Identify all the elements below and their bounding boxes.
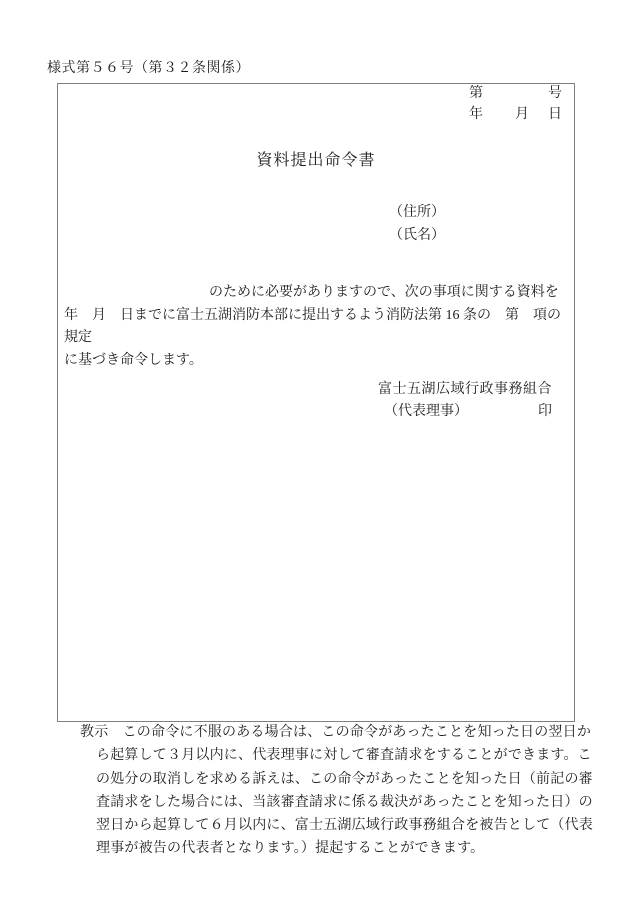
recipient-name-label: （氏名） bbox=[389, 228, 445, 244]
seal-placeholder: 印 bbox=[538, 404, 552, 420]
date-day-label: 日 bbox=[548, 107, 562, 123]
document-title: 資料提出命令書 bbox=[58, 152, 574, 170]
appeal-instruction-line: の処分の取消しを求める訴えは、この命令があったことを知った日（前記の審 bbox=[96, 768, 630, 791]
date-year-label: 年 bbox=[469, 107, 483, 123]
order-body-line-1: のために必要がありますので、次の事項に関する資料を bbox=[64, 282, 570, 305]
order-body-text: のために必要がありますので、次の事項に関する資料を 年 月 日までに富士五湖消防… bbox=[64, 282, 570, 372]
appeal-instruction-line: 理事が被告の代表者となります。）提起することができます。 bbox=[96, 837, 630, 860]
appeal-instruction-block: 教示 この命令に不服のある場合は、この命令があったことを知った日の翌日か ら起算… bbox=[0, 721, 630, 861]
issuer-organization: 富士五湖広域行政事務組合 bbox=[378, 382, 552, 398]
order-body-line-2: 年 月 日までに富士五湖消防本部に提出するよう消防法第 16 条の 第 項の規定 bbox=[64, 305, 570, 350]
issuer-representative-label: （代表理事） bbox=[384, 404, 468, 420]
order-body-line-3: に基づき命令します。 bbox=[64, 350, 570, 373]
date-month-label: 月 bbox=[515, 107, 529, 123]
doc-number-suffix: 号 bbox=[548, 86, 562, 102]
document-page: 様式第５６号（第３２条関係） 第 号 年 月 日 資料提出命令書 （住所） （氏… bbox=[0, 0, 630, 903]
doc-number-prefix: 第 bbox=[469, 86, 483, 102]
form-number-label: 様式第５６号（第３２条関係） bbox=[47, 61, 250, 78]
appeal-instruction-line: 翌日から起算して６月以内に、富士五湖広域行政事務組合を被告として（代表 bbox=[96, 814, 630, 837]
recipient-address-label: （住所） bbox=[389, 205, 445, 221]
appeal-instruction-line: 査請求をした場合には、当該審査請求に係る裁決があったことを知った日）の bbox=[96, 791, 630, 814]
appeal-instruction-line: 教示 この命令に不服のある場合は、この命令があったことを知った日の翌日か bbox=[80, 721, 630, 744]
appeal-instruction-line: ら起算して３月以内に、代表理事に対して審査請求をすることができます。こ bbox=[96, 744, 630, 767]
document-border-box: 第 号 年 月 日 資料提出命令書 （住所） （氏名） のために必要がありますの… bbox=[57, 83, 575, 722]
